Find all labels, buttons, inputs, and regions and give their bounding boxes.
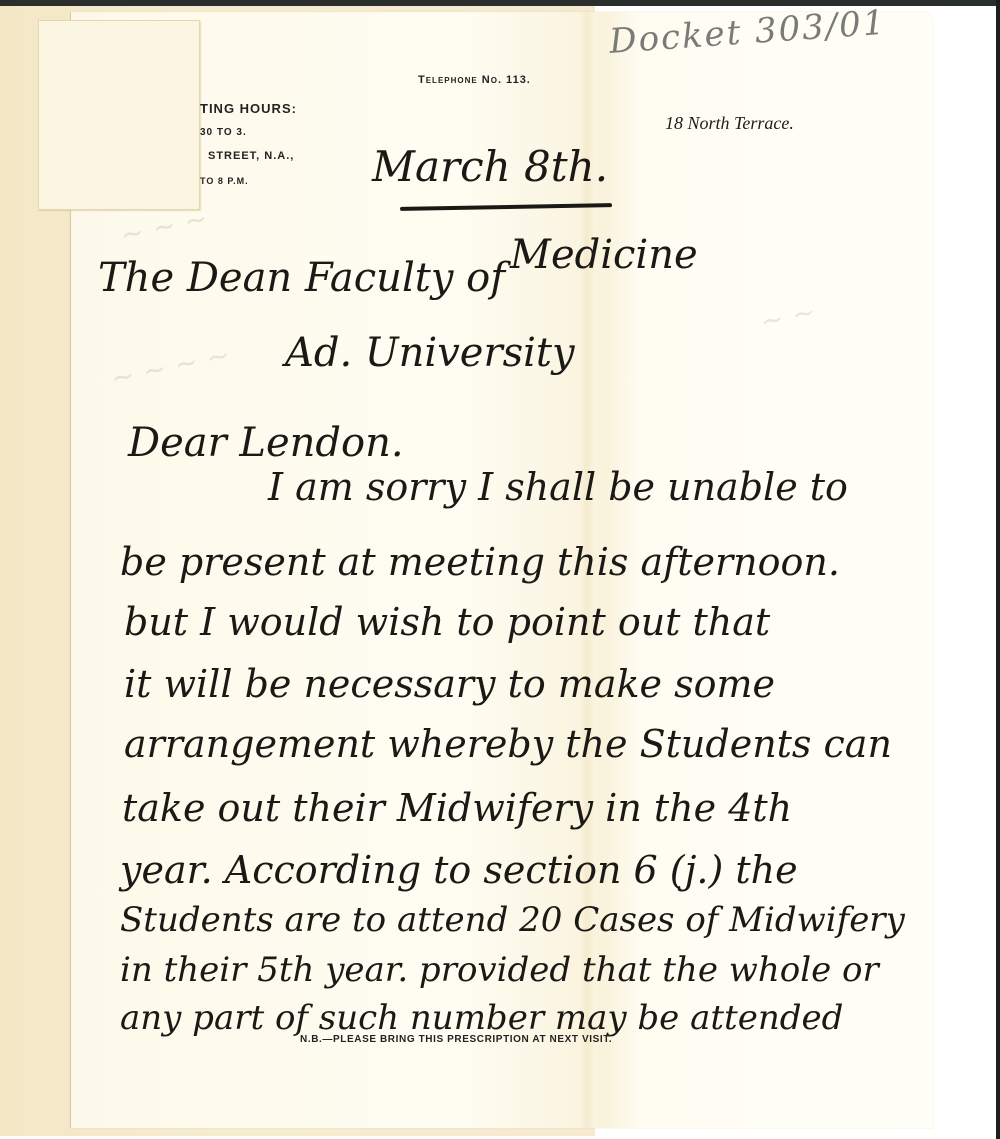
body-line: Students are to attend 20 Cases of Midwi… [120, 900, 905, 940]
body-line: any part of such number may be attended [120, 998, 843, 1038]
letter-date: March 8th. [372, 142, 608, 191]
letterhead-hours-heading: TING HOURS: [200, 101, 297, 116]
body-line: I am sorry I shall be unable to [268, 465, 848, 509]
body-line: it will be necessary to make some [124, 662, 775, 706]
body-line: in their 5th year. provided that the who… [120, 950, 879, 990]
letterhead-telephone: Telephone No. 113. [418, 74, 531, 86]
body-line: take out their Midwifery in the 4th [122, 786, 792, 830]
recipient-line-2: Ad. University [285, 330, 575, 376]
recipient-line-1-continuation: Medicine [510, 232, 698, 278]
letterhead-street: STREET, N.A., [208, 150, 294, 162]
scanner-edge-right [996, 0, 1000, 1139]
salutation: Dear Lendon. [128, 420, 404, 466]
body-line: be present at meeting this afternoon. [120, 540, 840, 584]
paper-patch [38, 20, 200, 210]
body-line: year. According to section 6 (j.) the [120, 848, 798, 892]
body-line: but I would wish to point out that [124, 600, 770, 644]
letterhead-hours-line: 30 TO 3. [200, 127, 247, 138]
letterhead-address: 18 North Terrace. [665, 113, 794, 134]
recipient-line-1: The Dean Faculty of [98, 255, 505, 301]
letterhead-footer-note: N.B.—PLEASE BRING THIS PRESCRIPTION AT N… [300, 1034, 612, 1045]
letterhead-hours-evening: TO 8 P.M. [200, 176, 249, 186]
body-line: arrangement whereby the Students can [124, 722, 892, 766]
